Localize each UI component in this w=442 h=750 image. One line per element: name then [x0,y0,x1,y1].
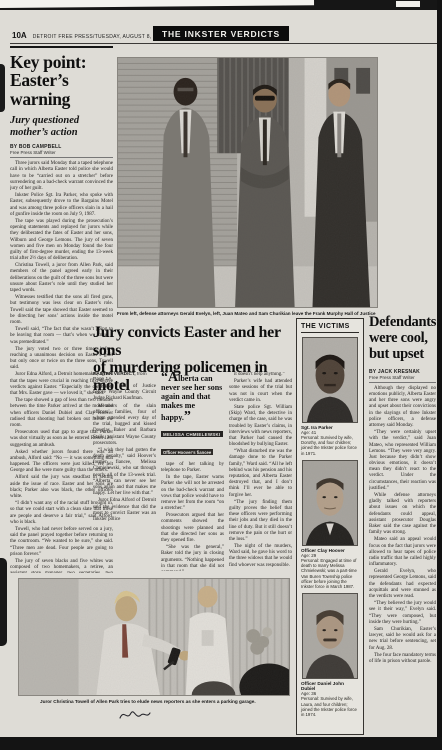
article-paragraph: Three jurors said Monday that a taped te… [10,161,113,192]
bottom-photo-image [19,579,289,695]
article-paragraph: Christina Towell, a juror from Allen Par… [10,263,113,294]
article-paragraph: Gerald Evelyn, who represented George Le… [369,569,436,600]
column-3-body: it doesn’t help anything.”Parker’s wife … [229,372,292,569]
victims-title: THE VICTIMS [301,323,359,333]
victim-personal: Personal: Survived by wife, Laura, and f… [301,696,359,717]
article-paragraph: “The jury finding them guilty proves the… [229,500,292,543]
article-paragraph: Members of the slain officers’ families,… [93,404,156,447]
column-rule [10,46,113,48]
scan-artifact-blob [0,64,5,112]
headline-key-point: Key point: Easter’s warning [10,53,113,110]
portrait-clay-hoover [302,460,358,546]
article-paragraph: Juror Edna Alford of Detroit said the ev… [93,498,156,523]
article-paragraph: The night of the murders, Ward said, he … [229,544,292,569]
portrait-daniel-dubiel [302,593,358,679]
article-paragraph: “They believed the jury would see it the… [369,601,436,626]
deck-jury-questioned: Jury questioned mother’s action [10,115,113,138]
victim-name: Officer Daniel John Dubiel [301,681,359,691]
article-paragraph: “They were certainly upset with the verd… [369,430,436,492]
portrait-ira-parker [302,337,358,423]
scan-artifact-bottom-bar [0,737,442,750]
article-paragraph: State police Sgt. William (Skip) Ward, t… [229,405,292,448]
scan-artifact-right-bar [437,0,442,750]
article-paragraph: “I wish they had gotten the death penalt… [93,448,156,498]
headline-line: Key point: [10,53,113,72]
article-defendants-upset: Defendants were cool, but upset BY JACK … [369,315,436,735]
headline-defendants: Defendants were cool, but upset [369,315,436,363]
article-paragraph: Witnesses testified that the sons all fi… [10,295,113,326]
byline-title: Free Press Staff Writer [10,150,113,158]
portrait-image [303,461,357,545]
article-paragraph: Parker’s wife had attended some sessions… [229,379,292,404]
victim-personal: Personal: Engaged at time of death to ma… [301,558,359,589]
main-photo-attorneys [117,57,378,308]
column-1-body: Murphy Hall of Justice before Wayne Coun… [93,384,156,523]
bottom-photo-caption: Juror Christina Towell of Allen Park tri… [40,699,292,704]
article-body: Although they displayed no emotions publ… [369,386,436,665]
headline-line: Defendants [369,315,436,331]
article-paragraph: Mateo said an appeal would focus on the … [369,537,436,568]
headline-line: but upset [369,347,436,363]
article-paragraph: Sam Churikian, Easter’s lawyer, said he … [369,627,436,652]
header-rule [10,43,437,44]
article-paragraph: Although they displayed no emotions publ… [369,386,436,429]
article-paragraph: In the tape, Easter warns Parker she wil… [161,475,224,512]
pull-quote: “Alberta can never see her sons again an… [161,372,224,459]
page-number: 10A [12,31,27,40]
article-paragraph: Inkster Police Sgt. Ira Parker, who spok… [10,193,113,218]
center-column-3: it doesn’t help anything.”Parker’s wife … [229,372,292,571]
main-photo-image [118,58,377,307]
center-column-2: “Alberta can never see her sons again an… [161,372,224,571]
article-paragraph: “She was the general,” Baker told the ju… [161,545,224,571]
portrait-image [303,338,357,422]
pen-squiggle-mark [118,707,152,723]
victim-personal: Personal: Survived by wife, Dorothy, and… [301,435,359,456]
newspaper-page: 10A DETROIT FREE PRESS/TUESDAY, AUGUST 8… [0,0,442,750]
article-paragraph: The four face mandatory terms of life in… [369,653,436,665]
section-banner: THE INKSTER VERDICTS [153,26,289,41]
article-paragraph: While defense attorneys gladly talked wi… [369,493,436,536]
article-jury-convicts: EASTER VERDICT, from Page 1A Murphy Hall… [93,372,293,571]
bottom-photo-juror [18,578,290,696]
close-quote-glyph: ” [184,409,191,424]
portrait-image [303,594,357,678]
column-2-body: tape of her talking by telephone to Park… [161,462,224,571]
article-paragraph: “What disturbed me was the damage done t… [229,449,292,499]
scan-artifact-paper-notch [396,1,420,7]
pull-quote-attribution-title: Officer Hoover’s fiancee [161,449,213,455]
pull-quote-attribution-name: MELISSA CHMIELEWSKI [161,431,223,437]
headline-line: Easter’s [10,71,113,90]
victims-sidebar: THE VICTIMS Sgt. Ira Parker Age: 41 Pers… [296,318,364,735]
headline-line: Jury convicts Easter and her sons [93,324,295,359]
article-paragraph: it doesn’t help anything.” [229,372,292,378]
main-photo-caption: From left, defense attorneys Gerald Evel… [117,311,378,316]
byline-title: Free Press Staff Writer [369,375,436,383]
masthead-dateline: DETROIT FREE PRESS/TUESDAY, AUGUST 8, 19… [33,34,171,40]
scan-artifact-blob [0,558,7,646]
article-paragraph: Murphy Hall of Justice before Wayne Coun… [93,384,156,403]
headline-line: were cool, [369,331,436,347]
headline-line: warning [10,90,113,109]
article-paragraph: Prosecutors argued that her comments sho… [161,513,224,544]
jumpline: EASTER VERDICT, from Page 1A [93,372,156,382]
article-paragraph: The tape was played during the prosecuti… [10,219,113,262]
pull-quote-text: “Alberta can never see her sons again an… [161,372,224,423]
article-paragraph: tape of her talking by telephone to Park… [161,462,224,474]
center-column-1: EASTER VERDICT, from Page 1A Murphy Hall… [93,372,156,571]
